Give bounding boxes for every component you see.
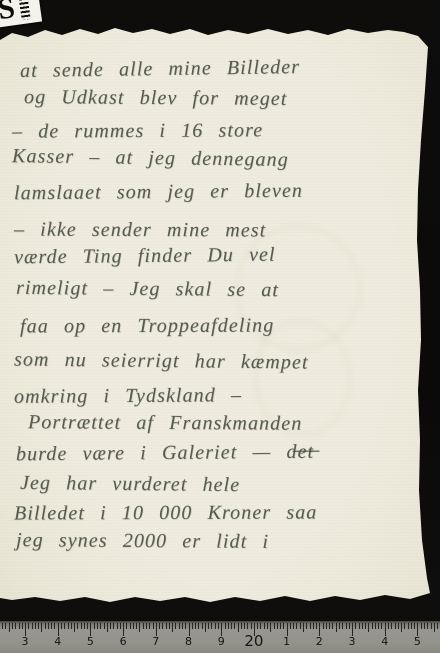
ruler-tick [104,623,105,629]
handwriting-line: lamslaaet som jeg er bleven [14,180,303,206]
handwriting-line: og Udkast blev for meget [24,86,288,111]
ruler-tick [260,623,261,629]
ruler-tick [323,623,324,629]
ruler-tick [414,623,415,629]
ruler-tick [166,623,167,629]
ruler-tick [398,623,399,629]
ruler-tick [9,623,10,632]
ruler-tick [247,623,248,629]
ruler-tick [277,623,278,629]
ruler-number: 3 [22,635,29,648]
ruler-tick [378,623,379,629]
ruler-tick [257,623,258,629]
ruler-tick [303,623,304,632]
ruler-tick [48,623,49,629]
ruler-tick [136,623,137,629]
ruler-tick [202,623,203,629]
ruler-tick [97,623,98,629]
handwriting-line: – de rummes i 16 store [12,119,263,143]
ruler-tick [77,623,78,629]
ruler-tick [41,623,42,632]
ruler-tick [231,623,232,629]
ruler-tick [431,623,432,629]
handwriting-line: burde være i Galeriet — d̶e̶t̶ [16,441,314,467]
ruler-tick [411,623,412,629]
ruler-tick [310,623,311,629]
ruler-tick [342,623,343,629]
ruler-tick [293,623,294,629]
ruler-number: 20 [244,632,263,650]
ruler-tick [143,623,144,629]
ruler-tick [332,623,333,629]
ruler-tick [68,623,69,629]
ruler-tick [329,623,330,629]
ruler-tick [51,623,52,629]
ruler-tick [149,623,150,629]
ruler-tick [12,623,13,629]
ruler-tick [264,623,265,629]
ruler-tick [15,623,16,629]
handwriting-line: jeg synes 2000 er lidt i [16,529,269,554]
ruler-tick [133,623,134,629]
ruler-tick [100,623,101,629]
ruler-tick [45,623,46,629]
ruler-tick [251,623,252,629]
ruler-tick [38,623,39,629]
ruler-tick [208,623,209,629]
ruler-tick [346,623,347,629]
ruler-tick [339,623,340,629]
ruler-tick [359,623,360,629]
ruler-tick [368,623,369,632]
ruler-tick [35,623,36,629]
photograph-of-letter: at sende alle mine Billederog Udkast ble… [0,0,440,653]
handwriting-line: som nu seierrigt har kæmpet [14,348,309,374]
ruler-tick [375,623,376,629]
ruler-tick [424,623,425,629]
handwriting-line: værde Ting finder Du vel [14,244,276,270]
ruler-tick [182,623,183,629]
ruler-tick [244,623,245,629]
ruler-tick [64,623,65,629]
ruler-tick [228,623,229,629]
ruler-tick [162,623,163,629]
ruler-tick [365,623,366,629]
ruler-tick [267,623,268,629]
ruler-tick [19,623,20,629]
ruler-tick [421,623,422,629]
ruler-tick [225,623,226,629]
ruler-tick [94,623,95,629]
ruler-number: 7 [152,635,159,648]
ruler-tick [391,623,392,629]
photo-id-card: S [0,0,42,28]
ruler-number: 6 [120,635,127,648]
ruler-number: 4 [381,635,388,648]
ruler-tick [336,623,337,632]
ruler-tick [5,623,6,629]
ruler-number: 1 [283,635,290,648]
ruler-tick [179,623,180,629]
ruler-tick [117,623,118,629]
ruler-tick [175,623,176,629]
handwriting-line: Jeg har vurderet hele [20,472,240,497]
ruler-tick [107,623,108,632]
ruler-tick [74,623,75,632]
ruler-tick [300,623,301,629]
ruler-tick [159,623,160,629]
ruler-tick [139,623,140,632]
ruler-tick [130,623,131,629]
ruler-tick [61,623,62,629]
ruler-tick [32,623,33,629]
ruler-tick [316,623,317,629]
ruler-tick [169,623,170,629]
ruler-tick [395,623,396,629]
handwriting-line: faa op en Troppeafdeling [20,315,274,339]
ruler-tick [28,623,29,629]
ruler-tick [372,623,373,629]
letter-page: at sende alle mine Billederog Udkast ble… [0,0,440,653]
ruler-number: 8 [185,635,192,648]
ruler-tick [2,623,3,629]
ruler-tick [408,623,409,629]
handwriting-line: – ikke sender mine mest [14,219,266,243]
ruler-tick [113,623,114,629]
ruler-tick [401,623,402,632]
ruler-tick [296,623,297,629]
ruler-tick [120,623,121,629]
ruler-tick [388,623,389,629]
ruler-tick [218,623,219,629]
ruler-tick [22,623,23,629]
ruler-tick [110,623,111,629]
ruler-number: 9 [218,635,225,648]
ruler-tick [185,623,186,629]
photo-id-letter: S [0,0,17,25]
ruler-tick [192,623,193,629]
handwriting-line: Billedet i 10 000 Kroner saa [14,501,317,525]
handwriting-line: omkring i Tydskland – [14,384,242,409]
handwriting-line: Portrættet af Franskmanden [28,411,302,435]
ruler-tick [381,623,382,629]
ruler-tick [54,623,55,629]
ruler-tick [205,623,206,632]
ruler-tick [434,623,435,632]
scale-strip-icon [18,0,31,20]
handwriting-line: Kasser – at jeg dennegang [12,145,289,172]
ruler-tick [198,623,199,629]
ruler-tick [238,623,239,632]
ruler-tick [306,623,307,629]
ruler-tick [146,623,147,629]
ruler-tick [195,623,196,629]
ruler-tick [126,623,127,629]
ruler-tick [172,623,173,632]
ruler-tick [211,623,212,629]
ruler-tick [404,623,405,629]
ruler-tick [234,623,235,629]
handwriting-line: at sende alle mine Billeder [20,56,300,83]
ruler-number: 4 [54,635,61,648]
ruler-tick [355,623,356,629]
ruler-tick [87,623,88,629]
ruler-number: 2 [316,635,323,648]
handwriting-line: rimeligt – Jeg skal se at [16,277,279,302]
ruler-number: 3 [349,635,356,648]
ruler-tick [215,623,216,629]
ruler-tick [283,623,284,629]
ruler-tick [326,623,327,629]
ruler-tick [274,623,275,629]
ruler-number: 5 [414,635,421,648]
ruler-tick [280,623,281,629]
ruler-tick [71,623,72,629]
ruler-tick [313,623,314,629]
ruler-tick [349,623,350,629]
ruler-tick [153,623,154,629]
ruler-number: 5 [87,635,94,648]
ruler-tick [270,623,271,632]
ruler-tick [84,623,85,629]
ruler-tick [241,623,242,629]
ruler-tick [81,623,82,629]
ruler-tick [362,623,363,629]
ruler: 34567892012345 [0,621,440,653]
ruler-tick [290,623,291,629]
ruler-tick [427,623,428,629]
ruler-tick [437,623,438,629]
